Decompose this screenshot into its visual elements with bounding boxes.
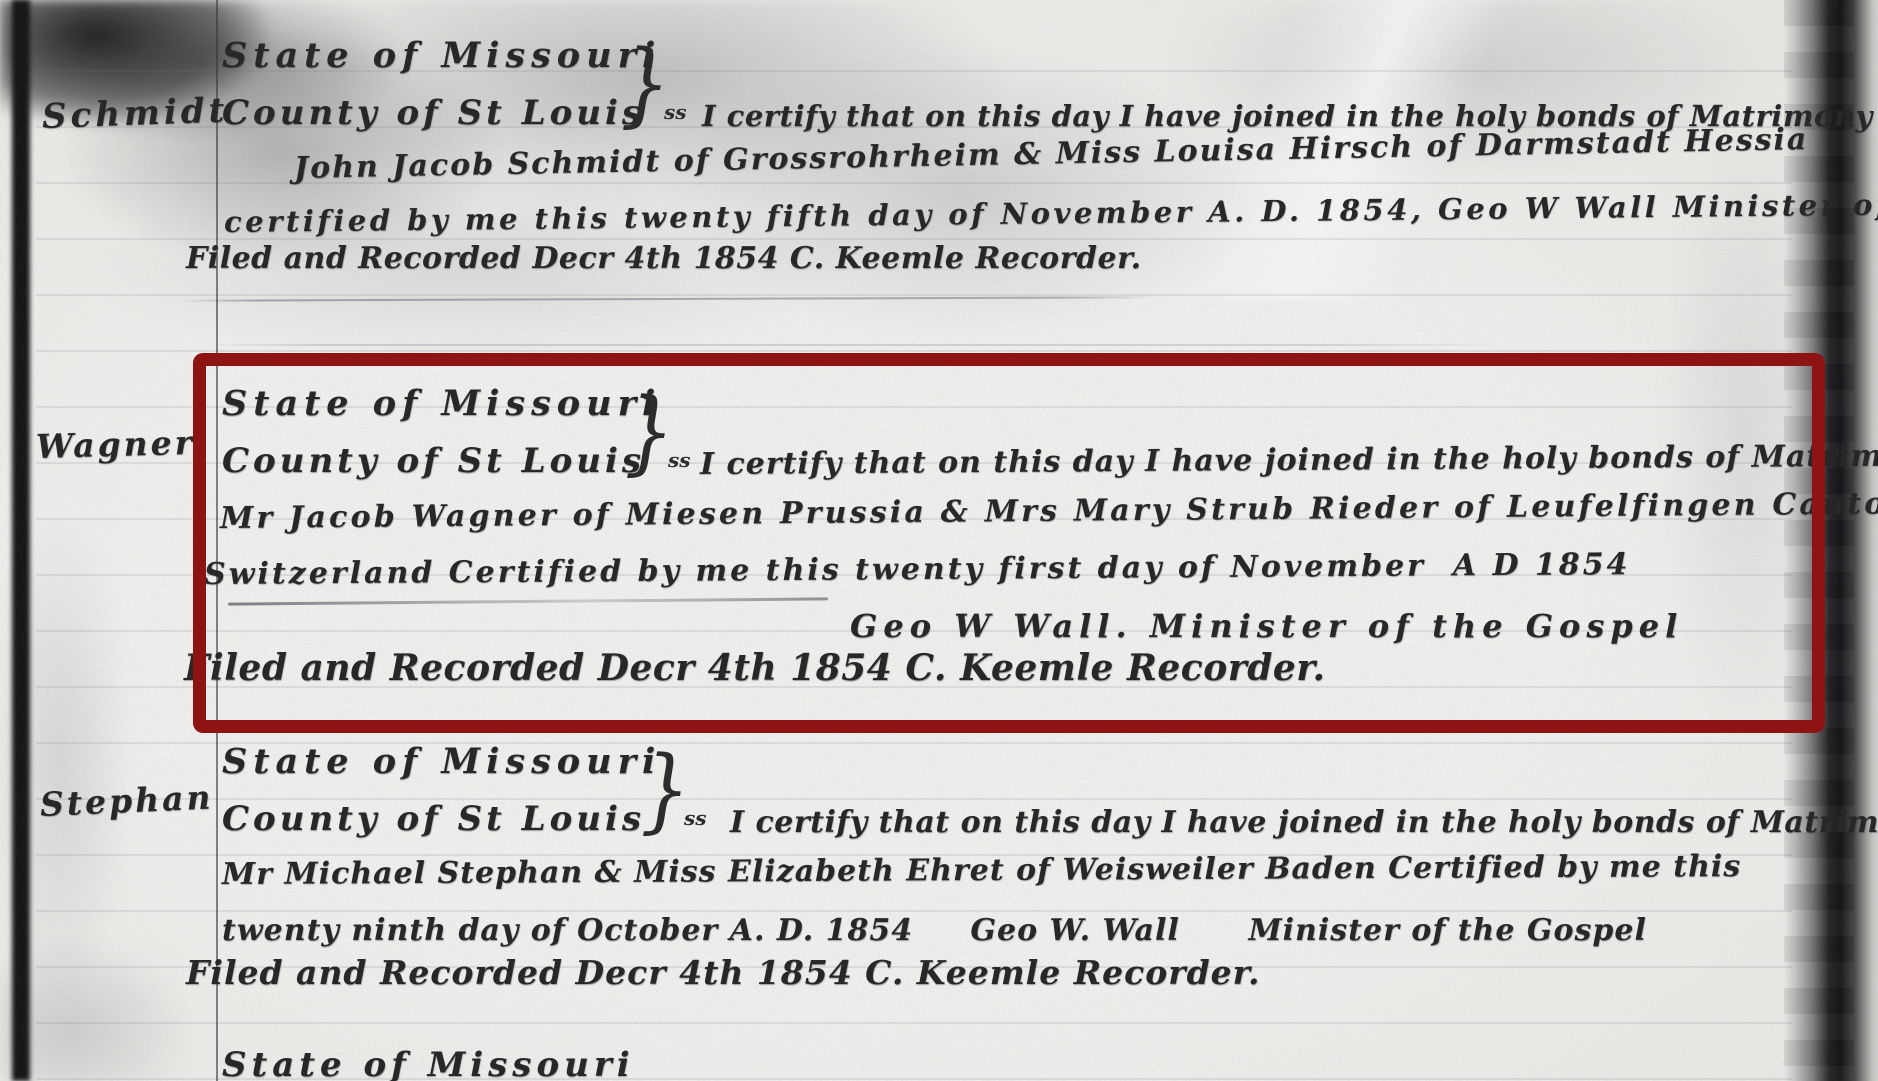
record-line: Filed and Recorded Decr 4th 1854 C. Keem…	[186, 952, 1261, 993]
margin-name: Schmidt	[41, 90, 229, 139]
record-line: Filed and Recorded Decr 4th 1854 C. Keem…	[186, 240, 1142, 278]
brace-glyph: }	[620, 40, 670, 127]
margin-name: Wagner	[35, 422, 195, 467]
record-line: twenty ninth day of October A. D. 1854 G…	[222, 912, 1647, 950]
record-line: I certify that on this day I have joined…	[730, 804, 1878, 842]
scilicet-mark: ss	[684, 806, 707, 830]
document-scan: Schmidt State of Missouri County of St L…	[0, 0, 1878, 1081]
ruled-line	[200, 344, 1500, 346]
highlight-box	[193, 353, 1825, 733]
record-line: State of Missouri	[222, 34, 661, 78]
book-binding-edge	[12, 0, 30, 1081]
record-line: County of St Louis	[222, 798, 645, 841]
brace-glyph: }	[640, 746, 690, 833]
record-line: State of Missouri	[222, 1044, 635, 1081]
scilicet-mark: ss	[664, 100, 687, 124]
record-line: State of Missouri	[222, 740, 661, 784]
margin-name: Stephan	[39, 776, 214, 825]
record-line: Mr Michael Stephan & Miss Elizabeth Ehre…	[222, 848, 1741, 893]
record-line: County of St Louis	[222, 92, 645, 135]
